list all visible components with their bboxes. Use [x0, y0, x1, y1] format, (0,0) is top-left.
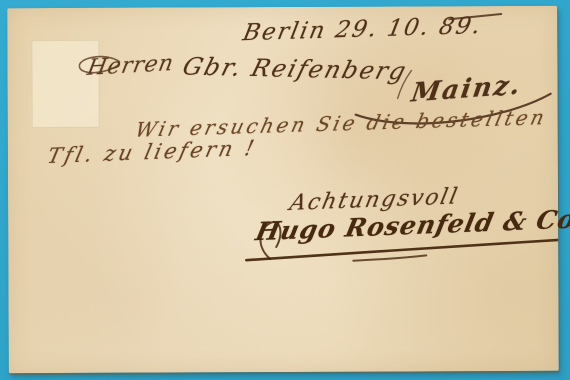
handwritten-body-line1: Wir ersuchen Sie die bestellten [133, 105, 550, 142]
postcard-paper: Berlin 29. 10. 89. Herren Gbr. Reifenber… [7, 6, 559, 373]
handwritten-addressee-name: Gbr. Reifenberg [180, 53, 411, 86]
handwritten-city: Mainz. [409, 70, 524, 109]
handwritten-body-line2: Tfl. zu liefern ! [45, 136, 259, 168]
postcard-photo: Berlin 29. 10. 89. Herren Gbr. Reifenber… [0, 0, 570, 380]
handwritten-dateline: Berlin 29. 10. 89. [241, 13, 485, 46]
stamp-ghost-outline [31, 40, 99, 128]
handwritten-addressee-prefix: Herren [85, 51, 176, 81]
